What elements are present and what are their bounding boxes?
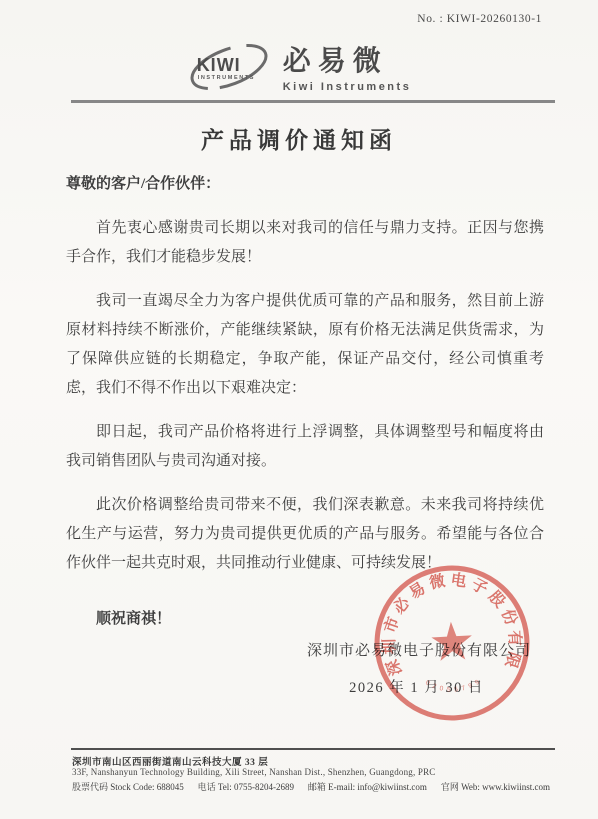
salutation: 尊敬的客户/合作伙伴：: [66, 170, 544, 199]
closing-salute: 顺祝商祺！: [66, 605, 544, 634]
document-reference-number: No. : KIWI-20260130-1: [417, 13, 542, 25]
footer-email: 邮箱 E-mail: info@kiwiinst.com: [308, 780, 427, 793]
letter-page: No. : KIWI-20260130-1 KIWI INSTRUMENTS 必…: [0, 0, 598, 819]
footer-telephone: 电话 Tel: 0755-8204-2689: [198, 780, 294, 793]
footer-website: 官网 Web: www.kiwiinst.com: [441, 780, 550, 793]
header-divider: [71, 100, 555, 103]
kiwi-logo-icon: KIWI INSTRUMENTS: [187, 40, 271, 100]
kiwi-wordmark: KIWI: [197, 56, 241, 74]
company-logo: KIWI INSTRUMENTS 必易微 Kiwi Instruments: [0, 40, 598, 100]
kiwi-wordmark-sub: INSTRUMENTS: [198, 75, 255, 81]
letter-body: 尊敬的客户/合作伙伴： 首先衷心感谢贵司长期以来对我司的信任与鼎力支持。正因与您…: [66, 170, 544, 634]
brand-text-block: 必易微 Kiwi Instruments: [283, 47, 412, 93]
footer-stock-code: 股票代码 Stock Code: 688045: [72, 780, 184, 793]
footer-address-chinese: 深圳市南山区西丽街道南山云科技大厦 33 层: [72, 754, 268, 768]
brand-name-english: Kiwi Instruments: [283, 81, 412, 93]
document-title: 产品调价通知函: [0, 122, 598, 155]
footer-contact-row: 股票代码 Stock Code: 688045 电话 Tel: 0755-820…: [72, 780, 550, 793]
paragraph-4: 此次价格调整给贵司带来不便，我们深表歉意。未来我司将持续优化生产与运营，努力为贵…: [66, 491, 544, 578]
signature-company-name: 深圳市必易微电子股份有限公司: [307, 639, 531, 660]
paragraph-1: 首先衷心感谢贵司长期以来对我司的信任与鼎力支持。正因与您携手合作，我们才能稳步发…: [66, 214, 544, 272]
signature-date: 2026 年 1 月 30 日: [349, 676, 484, 697]
footer-divider: [71, 748, 555, 750]
paragraph-3: 即日起，我司产品价格将进行上浮调整，具体调整型号和幅度将由我司销售团队与贵司沟通…: [66, 418, 544, 476]
brand-name-chinese: 必易微: [283, 47, 412, 78]
paragraph-2: 我司一直竭尽全力为客户提供优质可靠的产品和服务，然目前上游原材料持续不断涨价，产…: [66, 287, 544, 403]
footer-address-english: 33F, Nanshanyun Technology Building, Xil…: [72, 767, 436, 777]
